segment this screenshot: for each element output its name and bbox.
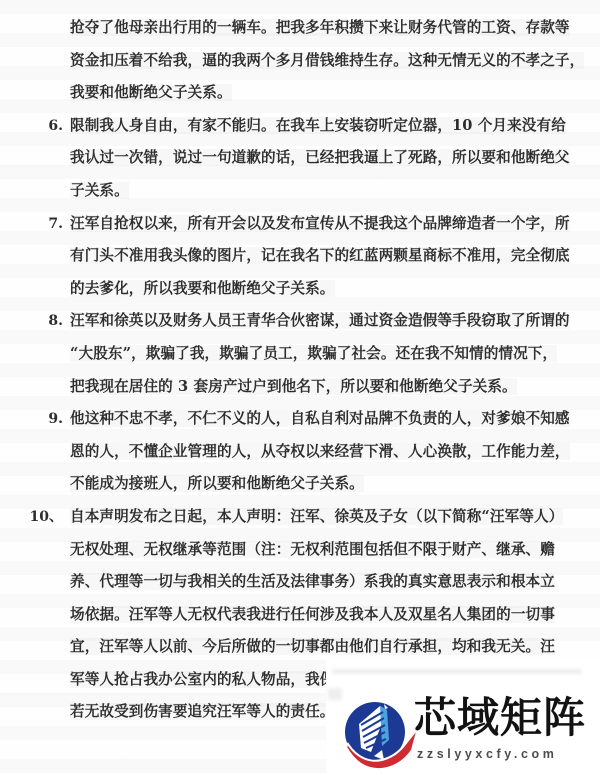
- text-line: 恩的人，不懂企业管理的人，从夺权以来经营下滑、人心涣散，工作能力差，: [70, 436, 584, 469]
- text-line: 抢夺了他母亲出行用的一辆车。把我多年积攒下来让财务代管的工资、存款等: [70, 12, 584, 45]
- text-line: 子关系。: [70, 175, 584, 208]
- obscured-text-ghost: [332, 669, 582, 674]
- watermark: 芯域矩阵 zzslyyxcfy.com: [326, 660, 600, 775]
- text-line: 有门头不准用我头像的图片，记在我名下的红蓝两颗星商标不准用，完全彻底: [70, 240, 584, 273]
- text-line: 无权处理、无权继承等范围（注：无权利范围包括但不限于财产、继承、赡: [70, 534, 584, 567]
- paragraph-number: 8.: [48, 305, 70, 338]
- text-line: 我要和他断绝父子关系。: [70, 77, 584, 110]
- text-line: 自本声明发布之日起，本人声明：汪军、徐英及子女（以下简称“汪军等人）: [70, 501, 584, 534]
- text-line: 汪军和徐英以及财务人员王青华合伙密谋，通过资金造假等手段窃取了所谓的: [70, 305, 584, 338]
- text-line: 的去爹化，所以我要和他断绝父子关系。: [70, 273, 584, 306]
- text-line: 不能成为接班人，所以要和他断绝父子关系。: [70, 468, 584, 501]
- paragraph-number: [63, 12, 70, 45]
- document-text: 抢夺了他母亲出行用的一辆车。把我多年积攒下来让财务代管的工资、存款等 资金扣压着…: [70, 12, 584, 729]
- paragraph-7: 7. 汪军自抢权以来，所有开会以及发布宣传从不提我这个品牌缔造者一个字，所 有门…: [70, 208, 584, 306]
- text-line: 把我现在居住的 3 套房产过户到他名下，所以要和他断绝父子关系。: [70, 371, 584, 404]
- text-line: 限制我人身自由，有家不能归。在我车上安装窃听定位器，10 个月来没有给: [70, 110, 584, 143]
- paragraph-5-continuation: 抢夺了他母亲出行用的一辆车。把我多年积攒下来让财务代管的工资、存款等 资金扣压着…: [70, 12, 584, 110]
- declaration-document-page: 抢夺了他母亲出行用的一辆车。把我多年积攒下来让财务代管的工资、存款等 资金扣压着…: [0, 0, 600, 775]
- brand-domain: zzslyyxcfy.com: [417, 747, 558, 761]
- paragraph-number: 10、: [30, 501, 70, 534]
- text-line: 汪军自抢权以来，所有开会以及发布宣传从不提我这个品牌缔造者一个字，所: [70, 208, 584, 241]
- obscured-text-ghost: [328, 688, 342, 700]
- paragraph-number: 7.: [48, 208, 70, 241]
- paragraph-6: 6. 限制我人身自由，有家不能归。在我车上安装窃听定位器，10 个月来没有给 我…: [70, 110, 584, 208]
- paragraph-8: 8. 汪军和徐英以及财务人员王青华合伙密谋，通过资金造假等手段窃取了所谓的 “大…: [70, 305, 584, 403]
- text-line: 资金扣压着不给我，逼的我两个多月借钱维持生存。这种无情无义的不孝之子，: [70, 45, 584, 78]
- paragraph-number: 9.: [48, 403, 70, 436]
- text-line: 养、代理等一切与我相关的生活及法律事务）系我的真实意思表示和根本立: [70, 566, 584, 599]
- text-line: 他这种不忠不孝，不仁不义的人，自私自利对品牌不负责的人，对爹娘不知感: [70, 403, 584, 436]
- company-logo-icon: [344, 700, 422, 772]
- text-line: “大股东”，欺骗了我，欺骗了员工，欺骗了社会。还在我不知情的情况下，: [70, 338, 584, 371]
- text-line: 场依据。汪军等人无权代表我进行任何涉及我本人及双星名人集团的一切事: [70, 599, 584, 632]
- paragraph-9: 9. 他这种不忠不孝，不仁不义的人，自私自利对品牌不负责的人，对爹娘不知感 恩的…: [70, 403, 584, 501]
- text-line: 我认过一次错，说过一句道歉的话，已经把我逼上了死路，所以要和他断绝父: [70, 142, 584, 175]
- text-line: 宜，汪军等人以前、今后所做的一切事都由他们自行承担，均和我无关。汪: [70, 631, 584, 664]
- paragraph-number: 6.: [48, 110, 70, 143]
- brand-name: 芯域矩阵: [414, 694, 582, 742]
